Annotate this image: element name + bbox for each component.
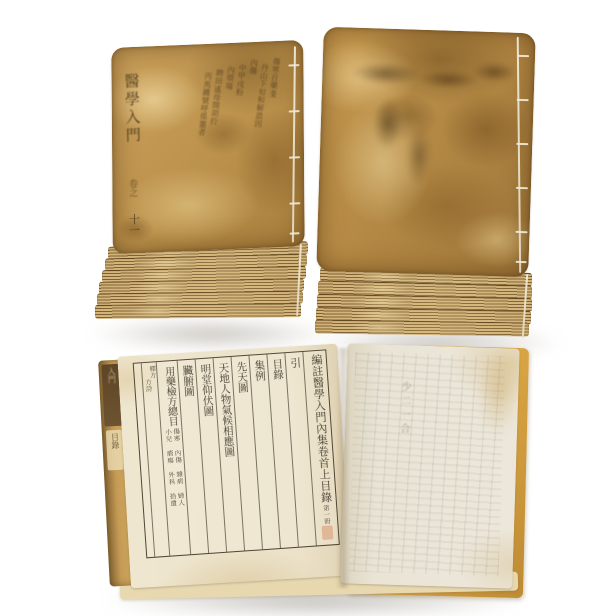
binding-stitch [516, 143, 528, 145]
binding-stitch [517, 55, 529, 57]
stacked-volume-edge [95, 303, 301, 319]
open-left-page: 編註醫學入門內集卷首上目錄 第一冊 引 目錄 集例 先天圖 天地人物氣候相應圖 [117, 344, 350, 589]
toc-title-small-text: 第一冊 [322, 504, 330, 524]
showthrough-text-area [349, 352, 506, 577]
handwritten-volume-label: 卷之 [127, 179, 137, 197]
binding-stitch [290, 232, 300, 234]
faded-inscription-smudge [372, 98, 404, 149]
toc-entry-text: 用藥檢方總目 [162, 366, 177, 427]
binding-stitch [289, 156, 300, 158]
cover-title-label-text: 入門 [106, 367, 118, 426]
left-stack-top-cover: 醫學入門 卷之 十一 傷寒百藥戔 丹山下旬和解誥因 內傷 中甲戌粉 內煩場 聘田… [111, 40, 304, 254]
toc-entry-text: 臟腑圖 [181, 365, 194, 397]
binding-stitch [288, 64, 299, 66]
binding-stitch [516, 187, 528, 189]
binding-stitch [516, 261, 527, 263]
red-seal-stamp [321, 525, 333, 540]
toc-entry-text: 目錄 [271, 358, 284, 380]
binding-stitch [516, 231, 528, 233]
faded-inscription-smudge [350, 62, 421, 86]
stacked-volume-edge [315, 320, 529, 337]
toc-grid: 編註醫學入門內集卷首上目錄 第一冊 引 目錄 集例 先天圖 天地人物氣候相應圖 [133, 349, 340, 558]
toc-entry-text: 集例 [253, 360, 266, 382]
binding-stitch [517, 99, 529, 101]
open-right-page: 少二一合 [340, 343, 519, 588]
toc-tail-right-text: 釋方 [148, 365, 156, 378]
faded-ink-stain [405, 125, 433, 186]
showthrough-visible-characters: 少二一合 [397, 381, 410, 437]
toc-entry-text: 先天圖 [235, 361, 248, 393]
handwritten-inscription: 傷寒百藥戔 丹山下旬和解誥因 內傷 中甲戌粉 內煩場 聘田遙母開胡扵 丙馬鐵號呼… [192, 52, 281, 186]
open-book: 入門 目錄 編註醫學入門內集卷首上目錄 第一冊 引 目錄 [98, 338, 534, 614]
toc-entry-text: 引 [289, 357, 301, 368]
center-fold-shadow [336, 348, 350, 588]
faded-inscription-smudge [418, 70, 479, 90]
toc-title-text: 編註醫學入門內集卷首上目錄 [309, 354, 331, 504]
binding-thread [292, 46, 296, 242]
photo-scene: 醫學入門 卷之 十一 傷寒百藥戔 丹山下旬和解誥因 內傷 中甲戌粉 內煩場 聘田… [0, 0, 616, 616]
binding-stitch [289, 202, 300, 204]
toc-tail-left-text: 方詩 [144, 379, 152, 392]
cover-index-label-text: 目錄 [110, 433, 121, 470]
faded-inscription-smudge [472, 61, 517, 82]
binding-thread [517, 37, 521, 273]
handwritten-number-label: 十一 [127, 213, 139, 236]
binding-stitch [289, 110, 300, 112]
right-stack-top-cover [316, 27, 536, 278]
toc-entry-text: 明堂仰伏圖 [199, 363, 214, 416]
book-stack-left: 醫學入門 卷之 十一 傷寒百藥戔 丹山下旬和解誥因 內傷 中甲戌粉 內煩場 聘田… [92, 30, 327, 330]
book-stack-right [312, 18, 554, 336]
